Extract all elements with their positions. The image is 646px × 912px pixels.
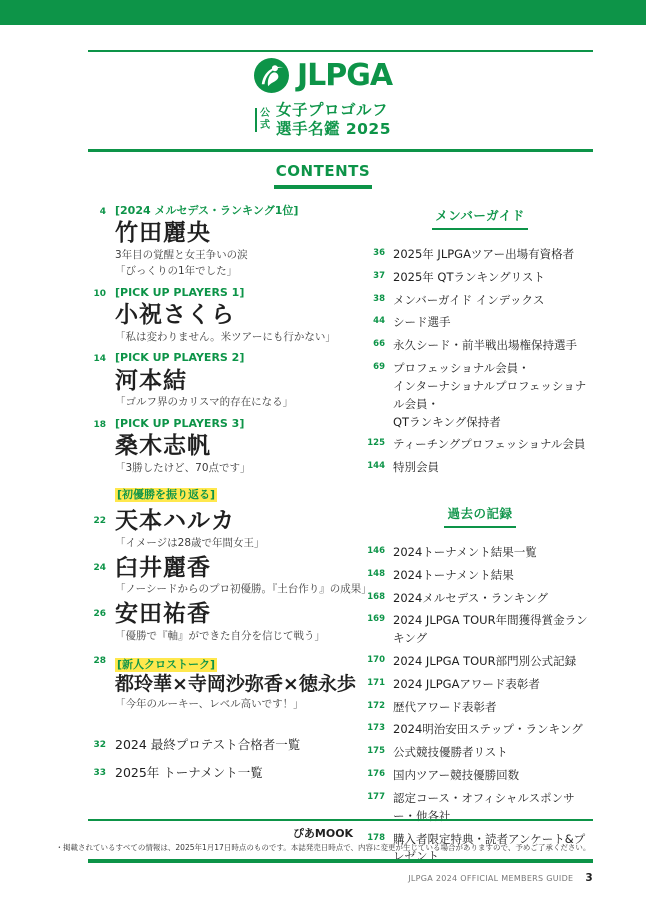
feature-subline: 「びっくりの1年でした」 <box>115 264 363 280</box>
toc-item-label: ティーチングプロフェッショナル会員 <box>393 436 585 454</box>
toc-item: 38 メンバーガイド インデックス <box>365 292 595 310</box>
official-char: 式 <box>260 120 270 132</box>
toc-item-label: 2024 最終プロテスト合格者一覧 <box>115 737 300 753</box>
feature-body: [PICK UP PLAYERS 2] 河本結 「ゴルフ界のカリスマ的存在になる… <box>115 351 363 411</box>
page-number: 146 <box>365 544 393 562</box>
page-number: 37 <box>365 269 393 287</box>
toc-item: 176 国内ツアー競技優勝回数 <box>365 767 595 785</box>
feature-name: 臼井麗香 <box>115 554 363 583</box>
toc-item-label: 2024トーナメント結果 <box>393 567 514 585</box>
toc-item-label: 2024 JLPGAアワード表彰者 <box>393 676 540 694</box>
feature-subline: 「ゴルフ界のカリスマ的存在になる」 <box>115 395 363 411</box>
toc-item-label: 国内ツアー競技優勝回数 <box>393 767 519 785</box>
guide-label: JLPGA 2024 OFFICIAL MEMBERS GUIDE <box>408 874 573 883</box>
page-number: 169 <box>365 612 393 648</box>
feature-entry: 4 [2024 メルセデス・ランキング1位] 竹田麗央 3年目の覚醒と女王争いの… <box>88 204 363 280</box>
toc-item: 168 2024メルセデス・ランキング <box>365 590 595 608</box>
toc-item: 170 2024 JLPGA TOUR部門別公式記録 <box>365 653 595 671</box>
toc-item-label: 公式競技優勝者リスト <box>393 744 508 762</box>
feature-subline: 「優勝で『軸』ができた自分を信じて戦う」 <box>115 629 363 645</box>
feature-entry: 10 [PICK UP PLAYERS 1] 小祝さくら 「私は変わりません。米… <box>88 286 363 346</box>
toc-item-label: 特別会員 <box>393 459 439 477</box>
section-heading-wrap: メンバーガイド <box>365 205 595 230</box>
feature-subline: 3年目の覚醒と女王争いの涙 <box>115 248 363 264</box>
toc-item: 148 2024トーナメント結果 <box>365 567 595 585</box>
page-number: 66 <box>365 337 393 355</box>
top-green-bar <box>0 0 646 25</box>
page-number: 22 <box>88 507 115 552</box>
toc-item-label: シード選手 <box>393 314 451 332</box>
page-number: 36 <box>365 246 393 264</box>
toc-item-label: 2024 JLPGA TOUR部門別公式記録 <box>393 653 576 671</box>
feature-entry: 14 [PICK UP PLAYERS 2] 河本結 「ゴルフ界のカリスマ的存在… <box>88 351 363 411</box>
feature-body: [2024 メルセデス・ランキング1位] 竹田麗央 3年目の覚醒と女王争いの涙 … <box>115 204 363 280</box>
logo-wordmark: JLPGA <box>297 61 392 91</box>
toc-item-label: 2025年 JLPGAツアー出場有資格者 <box>393 246 574 264</box>
page-number: 172 <box>365 699 393 717</box>
toc-item: 175 公式競技優勝者リスト <box>365 744 595 762</box>
jlpga-golfer-logo-icon <box>254 58 289 93</box>
feature-tag: [2024 メルセデス・ランキング1位] <box>115 204 363 218</box>
toc-item-line: QTランキング保持者 <box>393 414 595 432</box>
toc-item: 69 プロフェッショナル会員・ インターナショナルプロフェッショナル会員・ QT… <box>365 360 595 431</box>
toc-item: 144 特別会員 <box>365 459 595 477</box>
toc-item-label: 2025年 トーナメント一覧 <box>115 765 263 781</box>
page-number: 18 <box>88 417 115 477</box>
section-tag-highlighted: [初優勝を振り返る] <box>115 488 217 502</box>
toc-section-members-guide: メンバーガイド 36 2025年 JLPGAツアー出場有資格者 37 2025年… <box>365 205 595 477</box>
publication-title: 女子プロゴルフ 選手名鑑 2025 <box>276 101 391 140</box>
section-heading: 過去の記録 <box>444 504 515 528</box>
page-number: 32 <box>88 737 115 753</box>
mook-label: ぴあMOOK <box>0 825 646 841</box>
contents-heading-wrap: CONTENTS <box>0 161 646 189</box>
footer-running-title: JLPGA 2024 OFFICIAL MEMBERS GUIDE3 <box>88 872 593 884</box>
toc-right-column: メンバーガイド 36 2025年 JLPGAツアー出場有資格者 37 2025年… <box>365 205 595 871</box>
feature-name: 小祝さくら <box>115 301 363 330</box>
feature-name: 天本ハルカ <box>115 507 363 536</box>
feature-tag-highlighted: [新人クロストーク] <box>115 658 217 672</box>
feature-name: 都玲華×寺岡沙弥香×徳永歩 <box>115 673 363 697</box>
feature-subline: 「3勝したけど、70点です」 <box>115 461 363 477</box>
toc-item-label: 2024明治安田ステップ・ランキング <box>393 721 583 739</box>
feature-entry: 22 天本ハルカ 「イメージは28歳で年間女王」 <box>88 507 363 552</box>
toc-item: 172 歴代アワード表彰者 <box>365 699 595 717</box>
page-number: 171 <box>365 676 393 694</box>
page-number: 148 <box>365 567 393 585</box>
page-number: 173 <box>365 721 393 739</box>
page-number: 26 <box>88 600 115 645</box>
disclaimer-note: ・掲載されているすべての情報は、2025年1月17日時点のものです。本誌発売日時… <box>0 842 646 853</box>
feature-body: 安田祐香 「優勝で『軸』ができた自分を信じて戦う」 <box>115 600 363 645</box>
divider-above-footer <box>88 819 593 821</box>
divider-top <box>88 50 593 52</box>
toc-item: 171 2024 JLPGAアワード表彰者 <box>365 676 595 694</box>
page-number: 44 <box>365 314 393 332</box>
toc-section-past-records: 過去の記録 146 2024トーナメント結果一覧 148 2024トーナメント結… <box>365 503 595 866</box>
page-number: 170 <box>365 653 393 671</box>
toc-item: 173 2024明治安田ステップ・ランキング <box>365 721 595 739</box>
toc-item-label: 2025年 QTランキングリスト <box>393 269 545 287</box>
page-number: 175 <box>365 744 393 762</box>
toc-item: 125 ティーチングプロフェッショナル会員 <box>365 436 595 454</box>
feature-body: [PICK UP PLAYERS 3] 桑木志帆 「3勝したけど、70点です」 <box>115 417 363 477</box>
official-label: 公 式 <box>255 108 270 132</box>
feature-tag: [PICK UP PLAYERS 2] <box>115 351 363 365</box>
toc-item: 33 2025年 トーナメント一覧 <box>88 765 363 781</box>
page-number: 28 <box>88 653 115 713</box>
divider-under-logo <box>88 149 593 152</box>
feature-body: 天本ハルカ 「イメージは28歳で年間女王」 <box>115 507 363 552</box>
toc-left-column: 4 [2024 メルセデス・ランキング1位] 竹田麗央 3年目の覚醒と女王争いの… <box>88 204 363 793</box>
feature-body: 臼井麗香 「ノーシードからのプロ初優勝。『土台作り』の成果」 <box>115 554 363 599</box>
toc-item-label: 歴代アワード表彰者 <box>393 699 497 717</box>
page-number: 176 <box>365 767 393 785</box>
toc-item: 66 永久シード・前半戦出場権保持選手 <box>365 337 595 355</box>
toc-page: JLPGA 公 式 女子プロゴルフ 選手名鑑 2025 CONTENTS 4 [… <box>0 0 646 912</box>
toc-item: 36 2025年 JLPGAツアー出場有資格者 <box>365 246 595 264</box>
brand-header: JLPGA 公 式 女子プロゴルフ 選手名鑑 2025 <box>0 58 646 140</box>
feature-name: 河本結 <box>115 367 363 396</box>
page-number: 168 <box>365 590 393 608</box>
feature-body: [PICK UP PLAYERS 1] 小祝さくら 「私は変わりません。米ツアー… <box>115 286 363 346</box>
toc-item-line: インターナショナルプロフェッショナル会員・ <box>393 378 595 414</box>
toc-item-label: 2024 JLPGA TOUR年間獲得賞金ランキング <box>393 612 595 648</box>
toc-item-label: 2024トーナメント結果一覧 <box>393 544 537 562</box>
feature-subline: 「ノーシードからのプロ初優勝。『土台作り』の成果」 <box>115 582 363 598</box>
page-number: 69 <box>365 360 393 431</box>
publication-title-line: 女子プロゴルフ <box>276 101 391 120</box>
feature-entry: 28 [新人クロストーク] 都玲華×寺岡沙弥香×徳永歩 「今年のルーキー、レベル… <box>88 653 363 713</box>
feature-name: 桑木志帆 <box>115 432 363 461</box>
logo-row: JLPGA <box>254 58 392 93</box>
page-number: 14 <box>88 351 115 411</box>
toc-item-label: プロフェッショナル会員・ インターナショナルプロフェッショナル会員・ QTランキ… <box>393 360 595 431</box>
page-number: 10 <box>88 286 115 346</box>
feature-tag: [PICK UP PLAYERS 3] <box>115 417 363 431</box>
page-number: 38 <box>365 292 393 310</box>
toc-item: 146 2024トーナメント結果一覧 <box>365 544 595 562</box>
feature-subline: 「イメージは28歳で年間女王」 <box>115 536 363 552</box>
page-number: 4 <box>88 204 115 280</box>
page-number: 125 <box>365 436 393 454</box>
page-number: 24 <box>88 554 115 599</box>
folio-page-number: 3 <box>585 872 593 884</box>
contents-heading: CONTENTS <box>274 162 372 189</box>
page-number: 144 <box>365 459 393 477</box>
divider-bottom <box>88 859 593 863</box>
feature-body: [新人クロストーク] 都玲華×寺岡沙弥香×徳永歩 「今年のルーキー、レベル高いで… <box>115 653 363 713</box>
feature-name: 竹田麗央 <box>115 219 363 248</box>
toc-item: 169 2024 JLPGA TOUR年間獲得賞金ランキング <box>365 612 595 648</box>
feature-entry: 26 安田祐香 「優勝で『軸』ができた自分を信じて戦う」 <box>88 600 363 645</box>
toc-item: 32 2024 最終プロテスト合格者一覧 <box>88 737 363 753</box>
feature-subline: 「私は変わりません。米ツアーにも行かない」 <box>115 330 363 346</box>
toc-item-label: 2024メルセデス・ランキング <box>393 590 548 608</box>
section-heading: メンバーガイド <box>432 206 528 230</box>
toc-item-label: メンバーガイド インデックス <box>393 292 544 310</box>
toc-item-line: プロフェッショナル会員・ <box>393 360 595 378</box>
brand-subtitle-row: 公 式 女子プロゴルフ 選手名鑑 2025 <box>255 101 391 140</box>
feature-entry: 18 [PICK UP PLAYERS 3] 桑木志帆 「3勝したけど、70点で… <box>88 417 363 477</box>
section-tag-row: [初優勝を振り返る] <box>115 483 363 502</box>
feature-subline: 「今年のルーキー、レベル高いです！」 <box>115 697 363 713</box>
toc-simple-items: 32 2024 最終プロテスト合格者一覧 33 2025年 トーナメント一覧 <box>88 737 363 782</box>
feature-entry: 24 臼井麗香 「ノーシードからのプロ初優勝。『土台作り』の成果」 <box>88 554 363 599</box>
section-heading-wrap: 過去の記録 <box>365 503 595 528</box>
toc-item-label: 永久シード・前半戦出場権保持選手 <box>393 337 577 355</box>
page-number: 33 <box>88 765 115 781</box>
toc-item: 37 2025年 QTランキングリスト <box>365 269 595 287</box>
feature-name: 安田祐香 <box>115 600 363 629</box>
toc-item: 44 シード選手 <box>365 314 595 332</box>
official-char: 公 <box>260 108 270 120</box>
publication-title-line: 選手名鑑 2025 <box>276 120 391 139</box>
feature-tag: [PICK UP PLAYERS 1] <box>115 286 363 300</box>
